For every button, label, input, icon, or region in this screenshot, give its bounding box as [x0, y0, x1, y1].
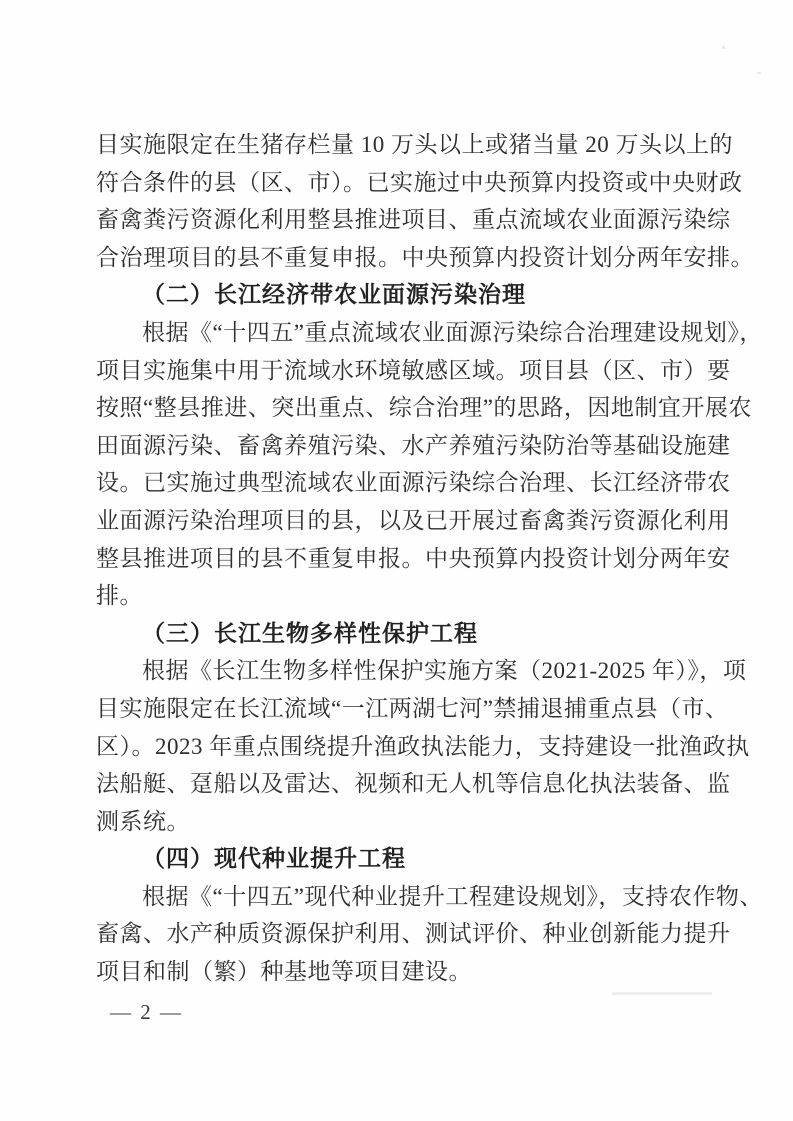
section-heading-2: （二）长江经济带农业面源污染治理 — [96, 276, 702, 314]
body-line: 田面源污染、畜禽养殖污染、水产养殖污染防治等基础设施建 — [96, 427, 702, 465]
scan-speck — [722, 46, 725, 49]
body-line: 法船艇、趸船以及雷达、视频和无人机等信息化执法装备、监 — [96, 765, 702, 803]
scan-smudge — [612, 992, 712, 995]
body-line: 区）。2023 年重点围绕提升渔政执法能力，支持建设一批渔政执 — [96, 728, 702, 766]
page-number: — 2 — — [110, 1000, 183, 1025]
body-line: 畜禽、水产种质资源保护利用、测试评价、种业创新能力提升 — [96, 915, 702, 953]
body-line: 排。 — [96, 577, 702, 615]
body-line: 目实施限定在生猪存栏量 10 万头以上或猪当量 20 万头以上的 — [96, 126, 702, 164]
body-line: 项目实施集中用于流域水环境敏感区域。项目县（区、市）要 — [96, 352, 702, 390]
body-line: 根据《“十四五”现代种业提升工程建设规划》，支持农作物、 — [96, 878, 702, 916]
body-line: 测系统。 — [96, 803, 702, 841]
body-line: 畜禽粪污资源化利用整县推进项目、重点流域农业面源污染综 — [96, 201, 702, 239]
scan-speck — [757, 72, 761, 74]
body-line: 根据《长江生物多样性保护实施方案（2021-2025 年）》，项 — [96, 652, 702, 690]
body-line: 项目和制（繁）种基地等项目建设。 — [96, 953, 702, 991]
body-line: 按照“整县推进、突出重点、综合治理”的思路，因地制宜开展农 — [96, 389, 702, 427]
body-line: 业面源污染治理项目的县，以及已开展过畜禽粪污资源化利用 — [96, 502, 702, 540]
body-line: 符合条件的县（区、市）。已实施过中央预算内投资或中央财政 — [96, 164, 702, 202]
section-heading-3: （三）长江生物多样性保护工程 — [96, 615, 702, 653]
body-line: 目实施限定在长江流域“一江两湖七河”禁捕退捕重点县（市、 — [96, 690, 702, 728]
body-line: 设。已实施过典型流域农业面源污染综合治理、长江经济带农 — [96, 464, 702, 502]
body-line: 根据《“十四五”重点流域农业面源污染综合治理建设规划》， — [96, 314, 702, 352]
document-page: 目实施限定在生猪存栏量 10 万头以上或猪当量 20 万头以上的 符合条件的县（… — [0, 0, 793, 1121]
document-body: 目实施限定在生猪存栏量 10 万头以上或猪当量 20 万头以上的 符合条件的县（… — [96, 126, 702, 991]
body-line: 合治理项目的县不重复申报。中央预算内投资计划分两年安排。 — [96, 239, 702, 277]
section-heading-4: （四）现代种业提升工程 — [96, 840, 702, 878]
body-line: 整县推进项目的县不重复申报。中央预算内投资计划分两年安 — [96, 540, 702, 578]
